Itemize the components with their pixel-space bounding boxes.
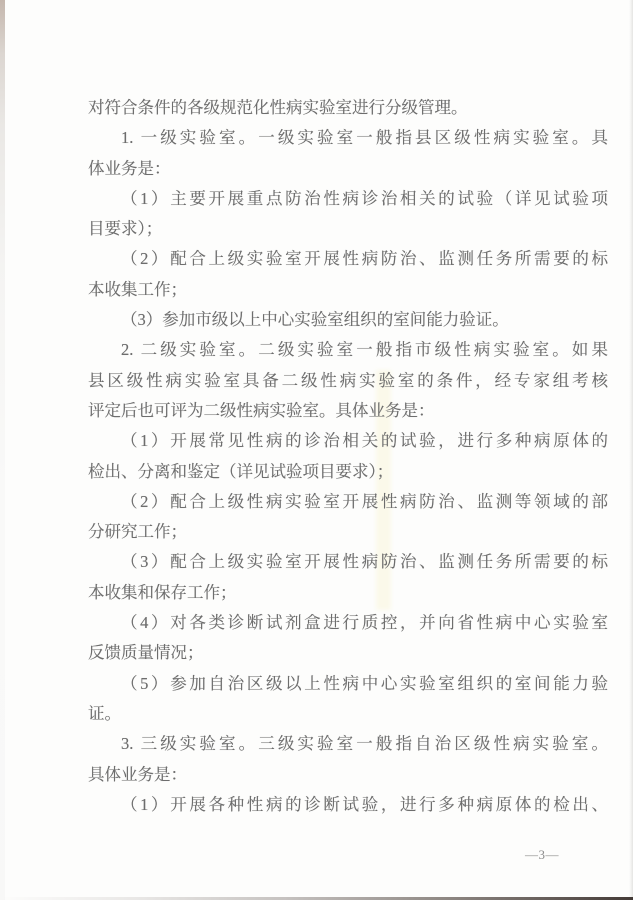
page-number: —3—	[525, 847, 559, 862]
text-line: 检出、分离和鉴定（详见试验项目要求）；	[88, 457, 608, 487]
text-line: 本收集工作；	[88, 275, 608, 305]
text-line: 县区级性病实验室具备二级性病实验室的条件，经专家组考核	[88, 366, 608, 396]
text-line: 目要求）；	[88, 214, 608, 244]
text-line: 分研究工作；	[88, 517, 608, 547]
text-line: 反馈质量情况；	[88, 638, 608, 668]
scan-edge-left-shadow	[0, 0, 5, 900]
text-line: 2. 二级实验室。二级实验室一般指市级性病实验室。如果	[88, 335, 608, 365]
text-line: 对符合条件的各级规范化性病实验室进行分级管理。	[88, 93, 608, 123]
text-line: （2）配合上级实验室开展性病防治、监测任务所需要的标	[88, 244, 608, 274]
text-line: （3）参加市级以上中心实验室组织的室间能力验证。	[88, 305, 608, 335]
text-line: 具体业务是：	[88, 760, 608, 790]
text-line: 评定后也可评为二级性病实验室。具体业务是：	[88, 396, 608, 426]
scan-edge-right-shadow	[629, 0, 633, 900]
text-line: （3）配合上级实验室开展性病防治、监测任务所需要的标	[88, 547, 608, 577]
text-line: （5）参加自治区级以上性病中心实验室组织的室间能力验	[88, 669, 608, 699]
text-line: 1. 一级实验室。一级实验室一般指县区级性病实验室。具	[88, 123, 608, 153]
text-line: 证。	[88, 699, 608, 729]
text-line: 体业务是：	[88, 154, 608, 184]
text-line: （4）对各类诊断试剂盒进行质控，并向省性病中心实验室	[88, 608, 608, 638]
text-line: （1）开展各种性病的诊断试验，进行多种病原体的检出、	[88, 790, 608, 820]
page-footer: —3—	[502, 846, 582, 864]
scanned-document-page: 对符合条件的各级规范化性病实验室进行分级管理。1. 一级实验室。一级实验室一般指…	[0, 0, 633, 900]
text-line: 3. 三级实验室。三级实验室一般指自治区级性病实验室。	[88, 729, 608, 759]
text-block: 对符合条件的各级规范化性病实验室进行分级管理。1. 一级实验室。一级实验室一般指…	[88, 93, 608, 820]
text-line: （1）开展常见性病的诊治相关的试验，进行多种病原体的	[88, 426, 608, 456]
text-line: （2）配合上级性病实验室开展性病防治、监测等领域的部	[88, 487, 608, 517]
text-line: 本收集和保存工作；	[88, 578, 608, 608]
text-line: （1）主要开展重点防治性病诊治相关的试验（详见试验项	[88, 184, 608, 214]
